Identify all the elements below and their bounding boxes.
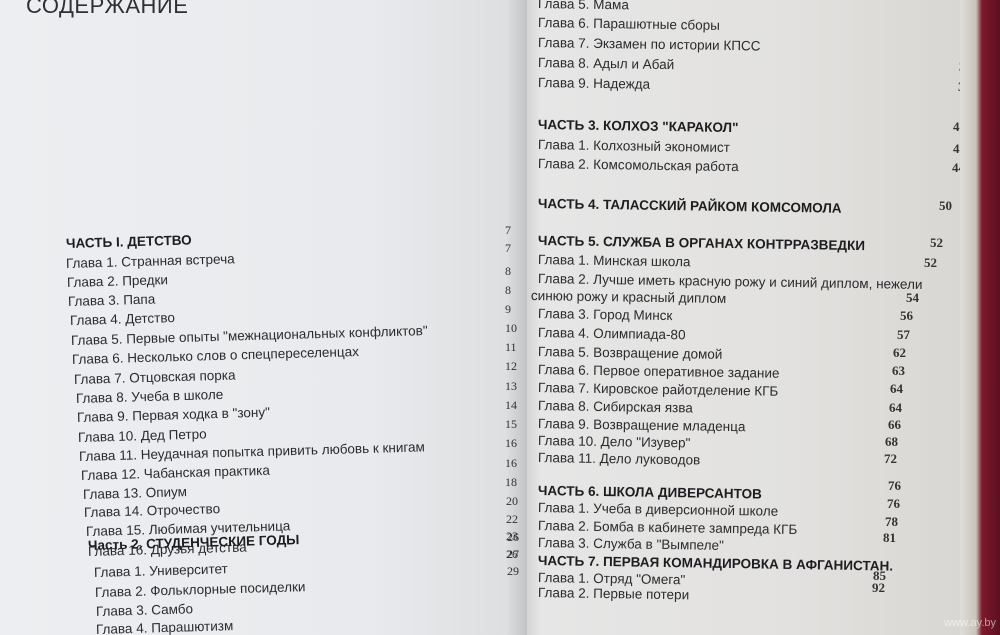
- toc-chapter-entry: Глава 3. Служба в "Вымпеле": [538, 535, 724, 554]
- toc-chapter-entry: Глава 1. Университет: [94, 561, 228, 581]
- toc-chapter-entry: Глава 5. Возвращение домой: [538, 344, 723, 363]
- toc-chapter-entry: Глава 7. Экзамен по истории КПСС: [538, 35, 761, 54]
- toc-page-number: 72: [884, 451, 897, 467]
- toc-page-number: 64: [890, 381, 903, 397]
- toc-page-number: 57: [897, 327, 910, 343]
- toc-chapter-entry: Глава 10. Дед Петро: [78, 426, 207, 446]
- toc-chapter-entry: Глава 9. Надежда: [538, 75, 650, 93]
- toc-chapter-entry: Глава 2. Комсомольская работа: [538, 156, 739, 175]
- toc-page-number: 92: [872, 580, 885, 596]
- toc-chapter-entry: Глава 9. Возвращение младенца: [538, 416, 746, 435]
- toc-title: СОДЕРЖАНИЕ: [26, 0, 188, 19]
- toc-page-number: 76: [887, 496, 900, 512]
- toc-page-number: 63: [892, 363, 905, 379]
- watermark: www.ay.by: [944, 617, 996, 629]
- toc-chapter-entry: Глава 14. Отрочество: [84, 501, 221, 521]
- toc-chapter-entry: Глава 3. Папа: [68, 292, 156, 310]
- toc-chapter-entry: Глава 4. Детство: [70, 310, 175, 329]
- toc-chapter-entry: Глава 8. Сибирская язва: [538, 398, 693, 416]
- toc-page-number: 62: [893, 345, 906, 361]
- toc-chapter-entry: Глава 1. Учеба в диверсионной школе: [538, 500, 778, 520]
- toc-chapter-entry: Глава 13. Опиум: [83, 484, 187, 503]
- toc-chapter-entry: Глава 1. Странная встреча: [66, 251, 235, 272]
- toc-part-heading: ЧАСТЬ I. ДЕТСТВО: [66, 232, 192, 252]
- toc-part-heading: ЧАСТЬ 3. КОЛХОЗ "КАРАКОЛ": [538, 117, 739, 136]
- toc-page-number: 78: [885, 514, 898, 530]
- toc-chapter-entry: Глава 7. Кировское райотделение КГБ: [538, 380, 779, 400]
- toc-chapter-entry: синюю рожу и красный диплом: [531, 288, 726, 307]
- toc-chapter-entry: Глава 2. Предки: [67, 272, 168, 291]
- toc-chapter-entry: Глава 7. Отцовская порка: [74, 367, 236, 388]
- toc-page-number: 76: [888, 478, 901, 494]
- left-page: СОДЕРЖАНИЕ ЧАСТЬ I. ДЕТСТВО77Глава 1. Ст…: [0, 0, 527, 635]
- toc-chapter-entry: Глава 10. Дело "Изувер": [538, 433, 691, 451]
- toc-page-number: 52: [924, 255, 937, 271]
- toc-part-heading: ЧАСТЬ 4. ТАЛАССКИЙ РАЙКОМ КОМСОМОЛА: [538, 196, 842, 217]
- toc-chapter-entry: Глава 8. Учеба в школе: [76, 387, 224, 407]
- toc-chapter-entry: Глава 11. Дело луководов: [538, 450, 700, 469]
- toc-chapter-entry: Глава 4. Олимпиада-80: [538, 325, 686, 343]
- toc-page-number: 50: [939, 198, 952, 214]
- toc-page-number: 52: [930, 235, 943, 251]
- right-page: Глава 5. Мама32Глава 6. Парашютные сборы…: [527, 0, 972, 635]
- toc-part-heading: ЧАСТЬ 5. СЛУЖБА В ОРГАНАХ КОНТРРАЗВЕДКИ: [538, 233, 865, 254]
- toc-chapter-entry: Глава 3. Город Минск: [538, 306, 673, 324]
- toc-page-number: 54: [906, 290, 919, 306]
- toc-chapter-entry: Глава 12. Чабанская практика: [81, 463, 270, 484]
- toc-page-number: 81: [883, 530, 896, 546]
- toc-chapter-entry: Глава 3. Самбо: [96, 601, 193, 620]
- toc-chapter-entry: Глава 6. Парашютные сборы: [538, 15, 720, 34]
- toc-page-number: 66: [888, 417, 901, 433]
- toc-chapter-entry: Глава 4. Парашютизм: [96, 618, 234, 635]
- toc-page-number: 64: [889, 400, 902, 416]
- page-edge: www.ay.by: [960, 0, 1000, 635]
- toc-chapter-entry: Глава 8. Адыл и Абай: [538, 55, 674, 73]
- toc-chapter-entry: Глава 6. Первое оперативное задание: [538, 362, 780, 382]
- toc-page-number: 56: [900, 308, 913, 324]
- toc-chapter-entry: Глава 2. Первые потери: [538, 585, 689, 603]
- toc-chapter-entry: Глава 1. Колхозный экономист: [538, 137, 730, 156]
- toc-chapter-entry: Глава 5. Мама: [538, 0, 629, 13]
- toc-page-number: 68: [885, 434, 898, 450]
- toc-chapter-entry: Глава 2. Фольклорные посиделки: [95, 579, 306, 601]
- toc-chapter-entry: Глава 1. Минская школа: [538, 252, 691, 270]
- toc-chapter-entry: Глава 9. Первая ходка в "зону": [77, 405, 270, 426]
